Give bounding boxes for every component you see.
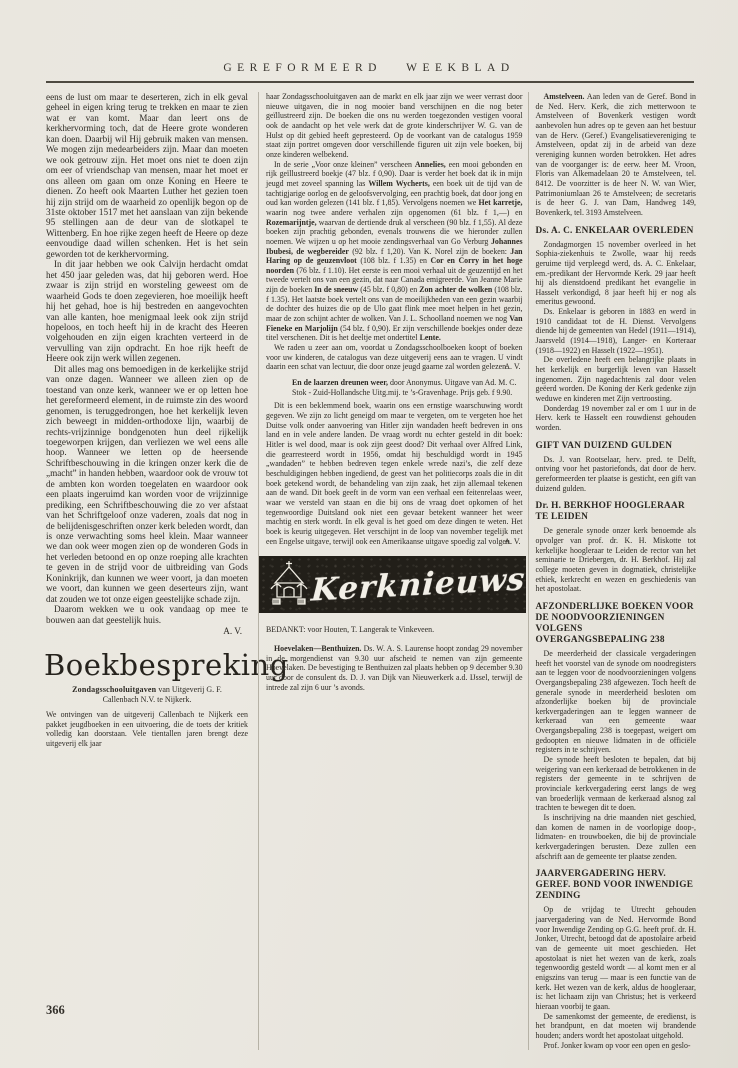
column-container: eens de lust om maar te deserteren, zich…: [46, 92, 696, 1050]
section-paragraph: Is inschrijving na drie maanden niet ges…: [536, 813, 696, 861]
section-heading: GIFT VAN DUIZEND GULDEN: [536, 441, 696, 452]
section-heading: Dr. H. BERKHOF HOOGLERAAR TE LEIDEN: [536, 501, 696, 523]
section-paragraph: Op de vrijdag te Utrecht gehouden jaarve…: [536, 905, 696, 1011]
section-paragraph: De meerderheid der classicale vergaderin…: [536, 649, 696, 755]
author-initials: A. V.: [46, 625, 248, 637]
column-middle: haar Zondagsschooluitgaven aan de markt …: [258, 92, 523, 1050]
section-paragraph: Ds. Enkelaar is geboren in 1883 en werd …: [536, 307, 696, 355]
section-paragraph: Ds. J. van Rootselaar, herv. pred. te De…: [536, 455, 696, 494]
magazine-page: GEREFORMEERD WEEKBLAD eens de lust om ma…: [0, 0, 738, 1068]
kerknieuws-title: Kerknieuws: [310, 561, 526, 608]
masthead-rule: [46, 81, 694, 83]
lead-paragraph: In dit jaar hebben we ook Calvijn herdac…: [46, 259, 248, 364]
section-paragraph: De synode heeft besloten te bepalen, dat…: [536, 755, 696, 813]
kerknieuws-banner: Kerknieuws: [259, 556, 526, 613]
section-heading: JAARVERGADERING HERV. GEREF. BOND VOOR I…: [536, 869, 696, 902]
amstelveen-notice: Amstelveen. Aan leden van de Geref. Bond…: [536, 92, 696, 218]
page-number: 366: [46, 1003, 65, 1018]
review-paragraph: We raden u zeer aan om, voordat u Zondag…: [266, 343, 523, 372]
section-paragraph: Donderdag 19 november zal er om 1 uur in…: [536, 404, 696, 433]
boekbespreking-heading: Boekbespreking: [44, 649, 248, 681]
review-paragraph: Dit is een beklemmend boek, waarin ons e…: [266, 401, 523, 546]
section-paragraph: Zondagmorgen 15 november overleed in het…: [536, 240, 696, 308]
lead-paragraph: eens de lust om maar te deserteren, zich…: [46, 92, 248, 259]
boekbespreking-intro: We ontvingen van de uitgeverij Callenbac…: [46, 710, 248, 749]
lead-paragraph: Daarom wekken we u ook vandaag op mee te…: [46, 604, 248, 625]
section-paragraph: De samenkomst der gemeente, de eredienst…: [536, 1012, 696, 1041]
section-paragraph: Prof. Jonker kwam op voor een open en ge…: [536, 1041, 696, 1051]
column-left: eens de lust om maar te deserteren, zich…: [46, 92, 253, 1050]
section-heading: AFZONDERLIJKE BOEKEN VOOR DE NOODVOORZIE…: [536, 602, 696, 646]
boekbespreking-subheading: Zondagsschooluitgaven van Uitgeverij G. …: [46, 685, 248, 705]
bedankt-notice: BEDANKT: voor Houten, T. Langerak te Vin…: [266, 625, 523, 635]
column-right: Amstelveen. Aan leden van de Geref. Bond…: [528, 92, 696, 1050]
lead-paragraph: Dit alles mag ons bemoedigen in de kerke…: [46, 364, 248, 604]
church-icon: [267, 559, 311, 610]
masthead-title: GEREFORMEERD WEEKBLAD: [0, 0, 738, 74]
hoevelaken-notice: Hoevelaken—Benthuizen. Ds. W. A. S. Laur…: [266, 644, 523, 692]
book-review-header: En de laarzen dreunen weer, door Anonymu…: [266, 378, 523, 397]
section-heading: Ds. A. C. ENKELAAR OVERLEDEN: [536, 226, 696, 237]
review-paragraph: In de serie „Voor onze kleinen” verschee…: [266, 160, 523, 343]
section-paragraph: De generale synode onzer kerk benoemde a…: [536, 526, 696, 594]
section-paragraph: De overledene heeft een belangrijke plaa…: [536, 355, 696, 403]
review-paragraph: haar Zondagsschooluitgaven aan de markt …: [266, 92, 523, 160]
